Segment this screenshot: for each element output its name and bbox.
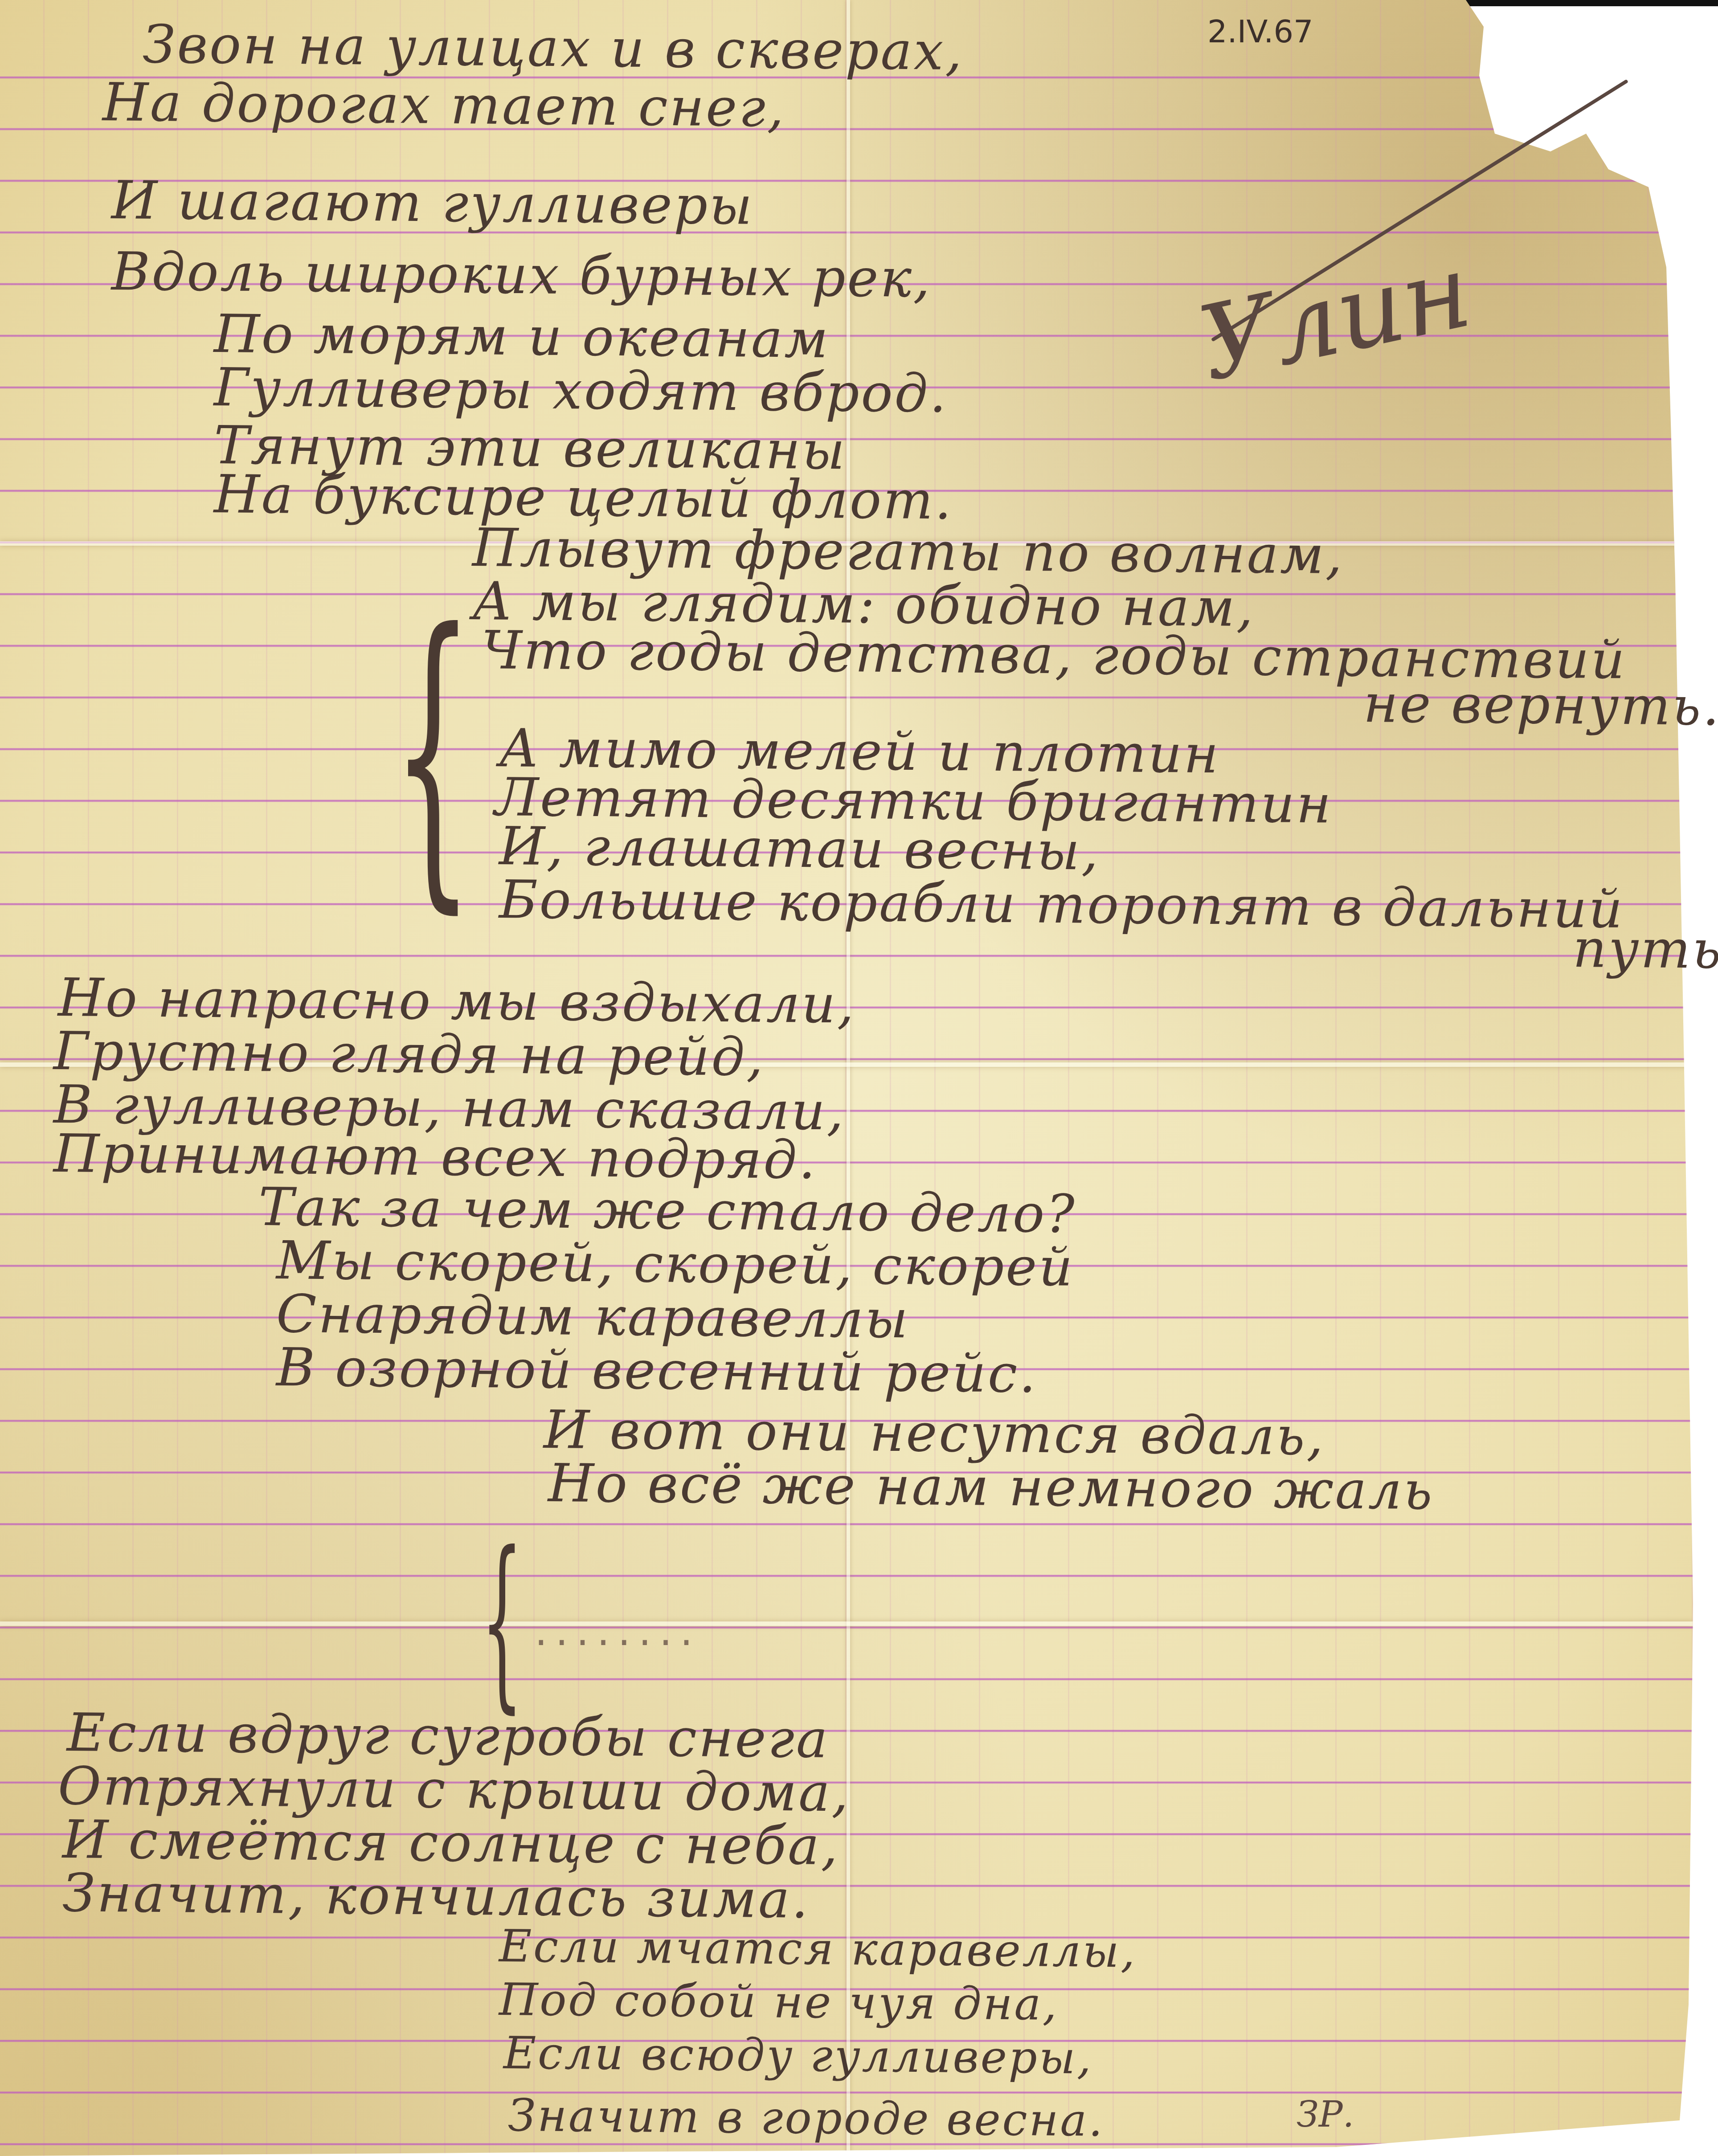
poem-line: На дорогах тает снег, (102, 71, 786, 139)
placeholder-brace: { (481, 1528, 523, 1715)
scan-edge (1466, 0, 1718, 6)
placeholder-dots: ........ (535, 1608, 701, 1655)
poem-line: Если всюду гулливеры, (503, 2027, 1093, 2084)
corner-note: ЗР. (1297, 2094, 1354, 2135)
poem-line: И шагают гулливеры (111, 169, 754, 237)
date-note: 2.IV.67 (1207, 13, 1313, 50)
poem-line: Значит, кончилась зима. (62, 1862, 810, 1930)
poem-line: Большие корабли торопят в дальний (499, 869, 1624, 940)
poem-line: не вернуть. (1363, 673, 1718, 737)
vertical-fold-crease (847, 0, 850, 2156)
poem-line: Звон на улицах и в скверах, (142, 13, 964, 82)
poem-line: Значит в городе весна. (507, 2089, 1104, 2147)
poem-line: Вдоль широких бурных рек, (111, 241, 932, 309)
poem-line: Под собой не чуя дна, (499, 1973, 1059, 2030)
poem-line: В озорной весенний рейс. (276, 1336, 1038, 1405)
poem-line: путь. (1572, 918, 1718, 980)
poem-line: Гулливеры ходят вброд. (213, 356, 948, 424)
horizontal-fold-crease (0, 1621, 1693, 1626)
stanza-brace: { (392, 592, 474, 913)
poem-line: Но всё же нам немного жаль (548, 1452, 1434, 1521)
poem-line: Если мчатся каравеллы, (499, 1920, 1137, 1977)
